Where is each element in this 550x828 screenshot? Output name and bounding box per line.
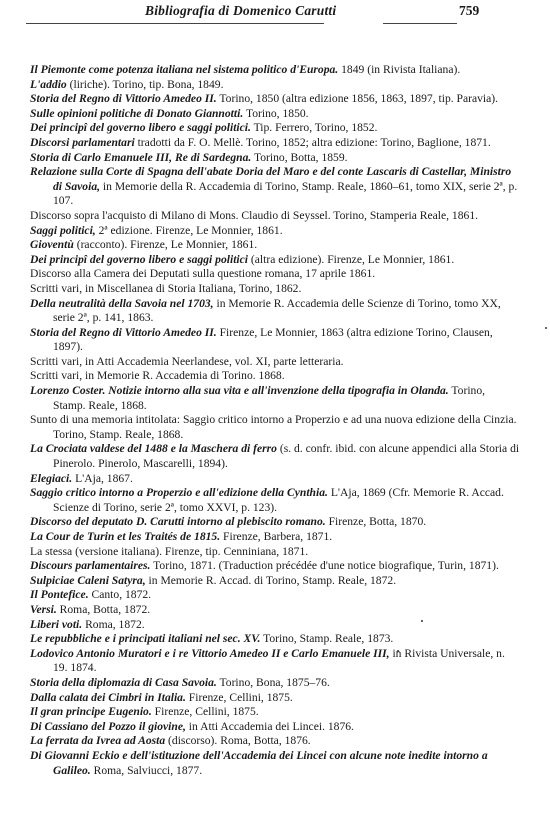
entry-title: Della neutralità della Savoia nel 1703, (30, 297, 214, 310)
page-header: Bibliografia di Domenico Carutti 759 (0, 0, 550, 40)
entry-title: La ferrata da Ivrea ad Aosta (30, 734, 165, 747)
bibliography-entry: Della neutralità della Savoia nel 1703, … (30, 297, 520, 326)
entry-details: Firenze, Barbera, 1871. (220, 530, 332, 543)
entry-details: Torino, Bona, 1875–76. (217, 676, 330, 689)
scan-speck (545, 327, 547, 329)
bibliography-entry: Il Piemonte come potenza italiana nel si… (30, 63, 520, 78)
bibliography-entry: Sulpiciae Caleni Satyra, in Memorie R. A… (30, 574, 520, 589)
entry-details: Torino, 1850 (altra edizione 1856, 1863,… (217, 92, 498, 105)
entry-details: (racconto). Firenze, Le Monnier, 1861. (74, 238, 257, 251)
entry-details: Scritti vari, in Atti Accademia Neerland… (30, 355, 344, 368)
entry-details: Roma, Botta, 1872. (57, 603, 150, 616)
entry-details: Torino, 1871. (Traduction précédée d'une… (150, 559, 498, 572)
entry-details: Firenze, Botta, 1870. (326, 515, 426, 528)
entry-details: (liriche). Torino, tip. Bona, 1849. (67, 78, 224, 91)
scan-speck (434, 392, 436, 394)
bibliography-entry: La Cour de Turin et les Traités de 1815.… (30, 530, 520, 545)
entry-details: Torino, Botta, 1859. (251, 151, 347, 164)
entry-details: Discorso sopra l'acquisto di Milano di M… (30, 209, 478, 222)
entry-details: Canto, 1872. (89, 588, 151, 601)
entry-details: in Atti Accademia dei Lincei. 1876. (186, 720, 354, 733)
entry-details: 2ª edizione. Firenze, Le Monnier, 1861. (96, 224, 283, 237)
entry-title: Lorenzo Coster. Notizie intorno alla sua… (30, 384, 449, 397)
entry-title: Saggio critico intorno a Properzio e all… (30, 486, 328, 499)
page-number: 759 (459, 3, 479, 19)
bibliography-entry: Versi. Roma, Botta, 1872. (30, 603, 520, 618)
bibliography-entry: Di Giovanni Eckio e dell'istituzione del… (30, 749, 520, 778)
bibliography-entry: Il Pontefice. Canto, 1872. (30, 588, 520, 603)
entry-details: L'Aja, 1867. (72, 472, 133, 485)
entry-details: in Memorie R. Accad. di Torino, Stamp. R… (146, 574, 396, 587)
bibliography-entry: Saggi politici, 2ª edizione. Firenze, Le… (30, 224, 520, 239)
bibliography-entry: Storia del Regno di Vittorio Amedeo II. … (30, 92, 520, 107)
entry-details: tradotti da F. O. Mellè. Torino, 1852; a… (135, 136, 491, 149)
bibliography-entry: Saggio critico intorno a Properzio e all… (30, 486, 520, 515)
entry-title: Elegiaci. (30, 472, 72, 485)
bibliography-entry: Scritti vari, in Memorie R. Accademia di… (30, 369, 520, 384)
entry-title: Sulpiciae Caleni Satyra, (30, 574, 146, 587)
bibliography-entry: Scritti vari, in Atti Accademia Neerland… (30, 355, 520, 370)
entry-title: Sulle opinioni politiche di Donato Giann… (30, 107, 243, 120)
bibliography-list: Il Piemonte come potenza italiana nel si… (30, 63, 520, 778)
entry-title: Dei principî del governo libero e saggi … (30, 253, 248, 266)
entry-title: Storia del Regno di Vittorio Amedeo II. (30, 92, 217, 105)
entry-details: La stessa (versione italiana). Firenze, … (30, 545, 308, 558)
entry-details: Torino, 1850. (243, 107, 308, 120)
entry-details: Scritti vari, in Memorie R. Accademia di… (30, 369, 285, 382)
entry-title: Il Pontefice. (30, 588, 89, 601)
bibliography-entry: La Crociata valdese del 1488 e la Masche… (30, 442, 520, 471)
entry-title: Discorso del deputato D. Carutti intorno… (30, 515, 326, 528)
entry-title: Saggi politici, (30, 224, 96, 237)
bibliography-entry: Discorso del deputato D. Carutti intorno… (30, 515, 520, 530)
entry-details: Tip. Ferrero, Torino, 1852. (251, 121, 378, 134)
scan-speck (397, 650, 399, 652)
entry-title: Versi. (30, 603, 57, 616)
entry-details: Sunto di una memoria intitolata: Saggio … (30, 413, 517, 441)
entry-title: Storia del Regno di Vittorio Amedeo II. (30, 326, 217, 339)
entry-title: Le repubbliche e i principati italiani n… (30, 632, 260, 645)
entry-details: Roma, 1872. (82, 618, 144, 631)
bibliography-entry: Il gran principe Eugenio. Firenze, Celli… (30, 705, 520, 720)
entry-title: Lodovico Antonio Muratori e i re Vittori… (30, 647, 390, 660)
bibliography-entry: Le repubbliche e i principati italiani n… (30, 632, 520, 647)
bibliography-entry: Scritti vari, in Miscellanea di Storia I… (30, 282, 520, 297)
header-rule (383, 23, 457, 24)
bibliography-entry: Elegiaci. L'Aja, 1867. (30, 472, 520, 487)
entry-title: Il Piemonte come potenza italiana nel si… (30, 63, 338, 76)
running-title: Bibliografia di Domenico Carutti (145, 3, 336, 19)
entry-details: 1849 (in Rivista Italiana). (338, 63, 460, 76)
bibliography-entry: Di Cassiano del Pozzo il giovine, in Att… (30, 720, 520, 735)
entry-title: Gioventù (30, 238, 74, 251)
bibliography-entry: Discorso sopra l'acquisto di Milano di M… (30, 209, 520, 224)
bibliography-entry: Discorso alla Camera dei Deputati sulla … (30, 267, 520, 282)
entry-details: (altra edizione). Firenze, Le Monnier, 1… (248, 253, 454, 266)
bibliography-entry: Lodovico Antonio Muratori e i re Vittori… (30, 647, 520, 676)
bibliography-entry: Sunto di una memoria intitolata: Saggio … (30, 413, 520, 442)
entry-details: Firenze, Cellini, 1875. (186, 691, 293, 704)
bibliography-entry: Storia del Regno di Vittorio Amedeo II. … (30, 326, 520, 355)
header-rule (26, 23, 324, 24)
bibliography-entry: Dei principî del governo libero e saggi … (30, 121, 520, 136)
entry-title: Liberi voti. (30, 618, 82, 631)
entry-title: La Cour de Turin et les Traités de 1815. (30, 530, 220, 543)
entry-details: in Memorie della R. Accademia di Torino,… (53, 180, 517, 208)
entry-details: Torino, Stamp. Reale, 1873. (260, 632, 393, 645)
bibliography-entry: Dalla calata dei Cimbri in Italia. Firen… (30, 691, 520, 706)
bibliography-entry: La stessa (versione italiana). Firenze, … (30, 545, 520, 560)
bibliography-entry: Discours parlamentaires. Torino, 1871. (… (30, 559, 520, 574)
entry-details: Roma, Salviucci, 1877. (91, 764, 202, 777)
entry-title: Storia della diplomazia di Casa Savoia. (30, 676, 217, 689)
bibliography-entry: Sulle opinioni politiche di Donato Giann… (30, 107, 520, 122)
scan-speck (421, 620, 423, 622)
bibliography-entry: Storia della diplomazia di Casa Savoia. … (30, 676, 520, 691)
entry-title: Il gran principe Eugenio. (30, 705, 152, 718)
entry-details: Firenze, Cellini, 1875. (152, 705, 259, 718)
bibliography-entry: Dei principî del governo libero e saggi … (30, 253, 520, 268)
bibliography-entry: Liberi voti. Roma, 1872. (30, 618, 520, 633)
entry-details: Discorso alla Camera dei Deputati sulla … (30, 267, 375, 280)
entry-title: Dei principî del governo libero e saggi … (30, 121, 251, 134)
entry-details: (discorso). Roma, Botta, 1876. (165, 734, 311, 747)
bibliography-entry: Gioventù (racconto). Firenze, Le Monnier… (30, 238, 520, 253)
bibliography-entry: Lorenzo Coster. Notizie intorno alla sua… (30, 384, 520, 413)
bibliography-entry: La ferrata da Ivrea ad Aosta (discorso).… (30, 734, 520, 749)
bibliography-entry: Discorsi parlamentari tradotti da F. O. … (30, 136, 520, 151)
entry-title: Dalla calata dei Cimbri in Italia. (30, 691, 186, 704)
entry-title: Storia di Carlo Emanuele III, Re di Sard… (30, 151, 251, 164)
bibliography-entry: L'addio (liriche). Torino, tip. Bona, 18… (30, 78, 520, 93)
entry-title: Discours parlamentaires. (30, 559, 150, 572)
bibliography-entry: Relazione sulla Corte di Spagna dell'aba… (30, 165, 520, 209)
entry-title: L'addio (30, 78, 67, 91)
bibliography-entry: Storia di Carlo Emanuele III, Re di Sard… (30, 151, 520, 166)
entry-title: Di Cassiano del Pozzo il giovine, (30, 720, 186, 733)
entry-title: Discorsi parlamentari (30, 136, 135, 149)
entry-details: Scritti vari, in Miscellanea di Storia I… (30, 282, 301, 295)
entry-title: La Crociata valdese del 1488 e la Masche… (30, 442, 277, 455)
